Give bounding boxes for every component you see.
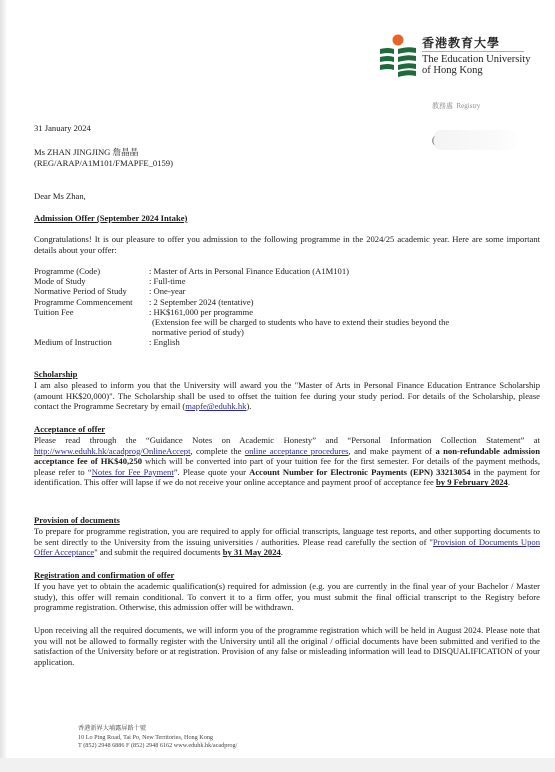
detail-value: : One-year (149, 286, 482, 296)
redacted-area (433, 130, 521, 150)
eduhk-emblem-icon (378, 34, 418, 78)
detail-row: Medium of Instruction : English (34, 337, 482, 347)
university-name-zh: 香港教育大學 (422, 36, 530, 50)
recipient-name: Ms ZHAN JINGJING 詹晶晶 (34, 147, 138, 158)
registration-paragraph-1: If you have yet to obtain the academic q… (34, 581, 540, 613)
acceptance-text: . (508, 477, 510, 487)
reference-number: (REG/ARAP/A1M101/FMAPFE_0159) (34, 158, 173, 169)
detail-value: : 2 September 2024 (tentative) (149, 297, 482, 307)
detail-label: Programme (Code) (34, 266, 149, 276)
university-logo: 香港教育大學 The Education University of Hong … (378, 34, 548, 78)
detail-value: : English (149, 337, 482, 347)
online-accept-url-link[interactable]: http://www.eduhk.hk/acadprog/OnlineAccep… (34, 446, 190, 456)
acceptance-text: , complete the (190, 446, 244, 456)
detail-label: Programme Commencement (34, 297, 149, 307)
detail-label: Normative Period of Study (34, 286, 149, 296)
documents-heading: Provision of documents (34, 515, 120, 526)
detail-row: Normative Period of Study : One-year (34, 286, 482, 296)
detail-value: : Full-time (149, 276, 482, 286)
scholarship-email-link[interactable]: mapfe@eduhk.hk (185, 401, 246, 411)
redaction-bracket: ( (432, 135, 435, 145)
acceptance-text: Please read through the “Guidance Notes … (34, 435, 540, 445)
detail-value: : Master of Arts in Personal Finance Edu… (149, 266, 482, 276)
online-acceptance-procedures-link[interactable]: online acceptance procedures (245, 446, 349, 456)
detail-label: Tuition Fee (34, 307, 149, 338)
acceptance-heading: Acceptance of offer (34, 424, 105, 435)
scholarship-text-end: ). (246, 401, 251, 411)
office-label: 教務處 Registry (432, 101, 480, 111)
letter-date: 31 January 2024 (34, 123, 91, 134)
scholarship-paragraph: I am also pleased to inform you that the… (34, 380, 540, 412)
tuition-fee-note: (Extension fee will be charged to studen… (149, 317, 482, 337)
page-bottom-edge (0, 758, 555, 772)
detail-value: : HK$161,000 per programme (149, 307, 482, 317)
logo-divider (422, 51, 524, 52)
documents-paragraph: To prepare for programme registration, y… (34, 526, 540, 558)
university-name-en-line2: of Hong Kong (422, 65, 530, 76)
office-label-en: Registry (457, 102, 481, 110)
documents-text: . (281, 547, 283, 557)
footer-address-zh: 香港新界大埔露屏路十號 (78, 725, 237, 734)
acceptance-text: , and make payment of (349, 446, 436, 456)
acceptance-deadline: by 9 February 2024 (436, 477, 508, 487)
detail-row: Programme Commencement : 2 September 202… (34, 297, 482, 307)
offer-details-table: Programme (Code) : Master of Arts in Per… (34, 266, 482, 348)
salutation: Dear Ms Zhan, (34, 191, 86, 202)
documents-text: " and submit the required documents (94, 547, 223, 557)
registration-heading: Registration and confirmation of offer (34, 570, 174, 581)
detail-label: Mode of Study (34, 276, 149, 286)
epn-account-text: Account Number for Electronic Payments (… (249, 467, 470, 477)
letter-title: Admission Offer (September 2024 Intake) (34, 213, 187, 224)
fee-payment-notes-link[interactable]: Notes for Fee Payment (92, 467, 174, 477)
acceptance-paragraph: Please read through the “Guidance Notes … (34, 435, 540, 488)
letter-footer: 香港新界大埔露屏路十號 10 Lo Ping Road, Tai Po, New… (78, 725, 237, 751)
detail-label: Medium of Instruction (34, 337, 149, 347)
footer-contact: T (852) 2948 6886 F (852) 2948 6162 www.… (78, 742, 237, 751)
office-label-zh: 教務處 (432, 102, 453, 110)
page-edge (0, 0, 6, 772)
scholarship-text: I am also pleased to inform you that the… (34, 380, 540, 411)
detail-row: Programme (Code) : Master of Arts in Per… (34, 266, 482, 276)
university-name-en-line1: The Education University (422, 54, 530, 65)
acceptance-text: ”. Please quote your (174, 467, 249, 477)
intro-paragraph: Congratulations! It is our pleasure to o… (34, 234, 540, 255)
scholarship-heading: Scholarship (34, 369, 77, 380)
footer-address-en: 10 Lo Ping Road, Tai Po, New Territories… (78, 734, 237, 743)
documents-deadline: by 31 May 2024 (223, 547, 281, 557)
registration-paragraph-2: Upon receiving all the required document… (34, 625, 540, 667)
detail-row: Mode of Study : Full-time (34, 276, 482, 286)
detail-row: Tuition Fee : HK$161,000 per programme (… (34, 307, 482, 338)
